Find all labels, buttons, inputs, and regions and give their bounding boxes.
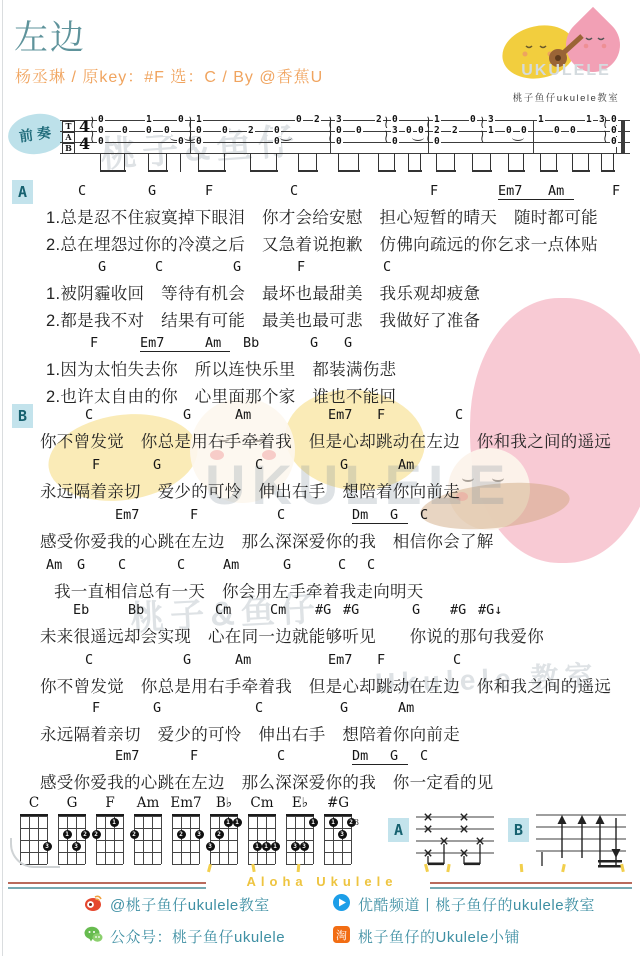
chord-label: Am	[205, 335, 221, 351]
chord-label: G	[412, 602, 420, 618]
chord-diagram-name: Cm	[244, 795, 280, 811]
chord-label: C	[177, 557, 185, 573]
chord-label: F	[92, 700, 100, 716]
finger-dot: 2	[130, 830, 139, 839]
fret-line	[172, 864, 199, 865]
arpeggio-mark: ≀	[426, 126, 431, 147]
tab-note: 0	[569, 126, 577, 136]
tab-note: 0	[335, 137, 343, 147]
fret-line	[210, 816, 237, 817]
lyric-line: 未来很遥远却会实现 心在同一边就能够听见 你说的那句我爱你	[40, 623, 544, 647]
song-subtitle: 杨丞琳 / 原key：#F 选：C / By @香蕉U	[15, 64, 323, 87]
chord-group-underline	[352, 764, 408, 765]
chord-diagram-name: #G	[320, 795, 356, 811]
chord-label: C	[383, 259, 391, 275]
lyric-line: 1.总是忍不住寂寞掉下眼泪 你才会给安慰 担心短暂的晴天 随时都可能	[46, 204, 598, 228]
chord-label: C	[338, 557, 346, 573]
fret-line	[324, 840, 351, 841]
note-beam	[100, 170, 126, 172]
arpeggio-mark: ≀	[384, 126, 389, 147]
fret-line	[324, 816, 351, 817]
chord-diagram: 1123	[210, 816, 237, 864]
finger-dot: 3	[206, 842, 215, 851]
tab-note: 0	[469, 115, 477, 125]
chord-label: G	[390, 507, 398, 523]
chord-label: Bb	[243, 335, 259, 351]
sparkle-mark	[520, 864, 523, 872]
tab-staff-line	[60, 142, 630, 143]
finger-dot: 2	[215, 830, 224, 839]
string-line	[67, 816, 68, 864]
fret-line	[286, 840, 313, 841]
note-beam	[378, 170, 396, 172]
fret-line	[134, 828, 161, 829]
youku-icon	[332, 893, 351, 912]
tab-letter: A	[62, 132, 75, 143]
lyric-line: 你不曾发觉 你总是用右手牵着我 但是心却跳动在左边 你和我之间的遥远	[40, 673, 611, 697]
sparkle-mark	[446, 864, 450, 872]
chord-label: Am	[548, 183, 564, 199]
chord-label: Dm	[352, 748, 368, 764]
fret-line	[58, 852, 85, 853]
fret-line	[210, 840, 237, 841]
string-line	[190, 816, 191, 864]
chord-label: Cm	[270, 602, 286, 618]
song-title: 左边	[14, 10, 86, 59]
lyric-line: 我一直相信总有一天 你会用左手牵着我走向明天	[54, 578, 424, 602]
tab-note: 2	[247, 126, 255, 136]
chord-label: C	[255, 700, 263, 716]
fret-line	[172, 828, 199, 829]
note-stem	[180, 153, 181, 172]
note-beam	[436, 170, 456, 172]
chord-label: C	[420, 507, 428, 523]
chord-label: G	[153, 457, 161, 473]
arpeggio-mark: ≀	[603, 126, 608, 147]
fret-line	[286, 816, 313, 817]
chord-label: F	[190, 748, 198, 764]
string-line	[324, 816, 325, 864]
footer-link-label: 桃子鱼仔的Ukulele小铺	[358, 926, 520, 947]
tab-note: 3	[487, 115, 495, 125]
tab-note: 0	[391, 137, 399, 147]
finger-dot: 2	[92, 830, 101, 839]
tie-mark	[280, 134, 292, 141]
chord-label: G	[98, 259, 106, 275]
chord-label: C	[155, 259, 163, 275]
arpeggio-mark: ≀	[480, 126, 485, 147]
string-line	[199, 816, 200, 864]
rhythm-a-badge: A	[388, 818, 409, 842]
note-beam	[408, 170, 422, 172]
chord-diagram: 2	[134, 816, 161, 864]
tab-staff-line	[60, 153, 630, 154]
fret-line	[96, 840, 123, 841]
chord-label: G	[233, 259, 241, 275]
string-line	[286, 816, 287, 864]
chord-label: G	[153, 700, 161, 716]
note-beam	[198, 170, 226, 172]
fret-line	[20, 816, 47, 817]
fret-line	[134, 840, 161, 841]
rhythm-b-badge: B	[508, 818, 529, 842]
tab-note: 1	[433, 115, 441, 125]
tab-note: 0	[195, 126, 203, 136]
string-line	[105, 816, 106, 864]
chord-label: Em7	[328, 407, 352, 423]
string-line	[248, 816, 249, 864]
chord-label: G	[310, 335, 318, 351]
intro-badge: 前奏	[5, 110, 68, 158]
chord-diagram-name: E♭	[282, 795, 318, 811]
finger-dot: 1	[309, 818, 318, 827]
fret-line	[134, 864, 161, 865]
footer-banner: Aloha Ukulele	[214, 874, 430, 889]
fret-line	[172, 840, 199, 841]
chord-label: Bb	[128, 602, 144, 618]
fret-line	[324, 828, 351, 829]
string-line	[266, 816, 267, 864]
banner-line-right	[430, 882, 632, 889]
tab-note: 0	[295, 115, 303, 125]
banner-line-left	[8, 882, 206, 889]
finger-dot: 2	[177, 830, 186, 839]
tab-letter: B	[62, 143, 75, 154]
finger-dot: 2	[81, 830, 90, 839]
finger-dot: 3	[195, 830, 204, 839]
tab-note: 0	[195, 137, 203, 147]
fret-line	[248, 840, 275, 841]
tab-note: 0	[97, 137, 105, 147]
arpeggio-mark: ≀	[188, 126, 193, 147]
section-badge: B	[12, 404, 33, 428]
chord-group-underline	[352, 523, 408, 524]
time-signature: 4	[79, 119, 90, 135]
lyric-line: 永远隔着亲切 爱少的可怜 伸出右手 想陪着你向前走	[40, 721, 460, 745]
tab-note: 0	[391, 115, 399, 125]
arpeggio-mark: ≀	[90, 126, 95, 147]
chord-label: C	[455, 407, 463, 423]
string-line	[161, 816, 162, 864]
tab-note: 3	[335, 115, 343, 125]
chord-label: F	[90, 335, 98, 351]
tab-note: 0	[553, 126, 561, 136]
tab-note: 1	[145, 115, 153, 125]
chord-diagram: 23	[172, 816, 199, 864]
string-line	[134, 816, 135, 864]
chord-label: Cm	[215, 602, 231, 618]
fret-line	[210, 864, 237, 865]
string-line	[143, 816, 144, 864]
chord-label: Em7	[140, 335, 164, 351]
chord-label: C	[78, 183, 86, 199]
string-line	[152, 816, 153, 864]
fret-line	[210, 828, 237, 829]
chord-label: #G	[343, 602, 359, 618]
tab-end-barline-thick	[621, 120, 625, 154]
note-beam	[572, 170, 590, 172]
tab-note: 0	[221, 126, 229, 136]
string-line	[172, 816, 173, 864]
note-beam	[601, 170, 615, 172]
chord-diagram: 133	[286, 816, 313, 864]
chord-diagram: 123	[58, 816, 85, 864]
fret-line	[134, 852, 161, 853]
fret-line	[58, 864, 85, 865]
fret-line	[324, 864, 351, 865]
fret-line	[210, 852, 237, 853]
section-badge: A	[12, 180, 33, 204]
fret-line	[248, 852, 275, 853]
time-signature: 4	[79, 136, 90, 152]
chord-label: C	[118, 557, 126, 573]
chord-label: Em7	[115, 507, 139, 523]
fret-line	[58, 840, 85, 841]
note-beam	[298, 170, 318, 172]
tab-note: 3	[391, 126, 399, 136]
lyric-line: 你不曾发觉 你总是用右手牵着我 但是心却跳动在左边 你和我之间的遥远	[40, 428, 611, 452]
fret-line	[96, 816, 123, 817]
chord-diagram: 1233	[324, 816, 351, 864]
tab-note: 2	[451, 126, 459, 136]
fret-line	[286, 852, 313, 853]
string-line	[304, 816, 305, 864]
finger-dot: 1	[63, 830, 72, 839]
sparkle-mark	[207, 864, 211, 872]
lyric-line: 2.总在埋怨过你的冷漠之后 又急着说抱歉 仿佛向疏远的你乞求一点体贴	[46, 231, 598, 255]
footer-link-label: 公众号：桃子鱼仔ukulele	[110, 926, 285, 947]
logo-brand-text: UKULELE	[500, 62, 632, 80]
tab-letter: T	[62, 121, 75, 132]
chord-label: F	[377, 407, 385, 423]
weibo-icon	[84, 893, 103, 912]
fret-line	[286, 828, 313, 829]
chord-label: G	[283, 557, 291, 573]
chord-label: #G	[450, 602, 466, 618]
finger-dot: 1	[110, 818, 119, 827]
page-corner-decoration	[10, 838, 60, 868]
chord-diagram-name: F	[92, 795, 128, 811]
fret-line	[58, 828, 85, 829]
chord-diagram: 12	[96, 816, 123, 864]
tab-note: 0	[610, 115, 618, 125]
lyric-line: 1.因为太怕失去你 所以连快乐里 都装满伤悲	[46, 356, 396, 380]
note-beam	[148, 170, 168, 172]
note-beam	[472, 170, 492, 172]
note-beam	[540, 170, 558, 172]
chord-label: G	[344, 335, 352, 351]
chord-label: Em7	[498, 183, 522, 199]
fret-line	[58, 816, 85, 817]
chord-label: #G	[315, 602, 331, 618]
tab-note: 1	[585, 115, 593, 125]
footer-link-label: @桃子鱼仔ukulele教室	[110, 894, 270, 915]
finger-dot: 3	[291, 842, 300, 851]
chord-sheet-page: 桃子&鱼仔UKULELE桃子&鱼仔Ukulele 教室 左边 杨丞琳 / 原ke…	[0, 0, 640, 956]
finger-dot: 1	[329, 818, 338, 827]
string-line	[342, 816, 343, 864]
tab-note: 1	[487, 126, 495, 136]
arpeggio-mark: ≀	[328, 126, 333, 147]
lyric-line: 1.被阴霾收回 等待有机会 最坏也最甜美 我乐观却疲惫	[46, 280, 480, 304]
chord-label: F	[430, 183, 438, 199]
tab-note: 0	[145, 126, 153, 136]
tab-note: 1	[537, 115, 545, 125]
chord-group-underline	[140, 351, 230, 352]
tab-note: 0	[355, 126, 363, 136]
finger-dot: 1	[271, 842, 280, 851]
string-line	[181, 816, 182, 864]
chord-label: Em7	[115, 748, 139, 764]
fret-line	[96, 864, 123, 865]
chord-label: C	[85, 407, 93, 423]
strum-pattern-a-icon	[414, 810, 496, 868]
string-line	[123, 816, 124, 864]
fret-line	[96, 852, 123, 853]
wechat-icon	[84, 925, 103, 944]
chord-label: C	[277, 748, 285, 764]
chord-diagram: 111	[248, 816, 275, 864]
string-line	[257, 816, 258, 864]
chord-group-underline	[498, 199, 574, 200]
lyric-line: 2.也许太自由的你 心里面那个家 谁也不能回	[46, 383, 396, 407]
chord-label: F	[297, 259, 305, 275]
chord-label: C	[453, 652, 461, 668]
chord-label: C	[367, 557, 375, 573]
chord-label: F	[205, 183, 213, 199]
tab-note: 0	[610, 137, 618, 147]
chord-diagram-name: B♭	[206, 795, 242, 811]
chord-label: Am	[223, 557, 239, 573]
tab-note: 0	[97, 126, 105, 136]
chord-diagram-name: Am	[130, 795, 166, 811]
chord-label: Am	[398, 700, 414, 716]
sparkle-mark	[251, 864, 255, 872]
finger-dot: 1	[224, 818, 233, 827]
lyric-line: 感受你爱我的心跳在左边 那么深深爱你的我 你一定看的见	[40, 769, 494, 793]
chord-label: Am	[46, 557, 62, 573]
fret-line	[20, 828, 47, 829]
tab-note: 2	[433, 126, 441, 136]
chord-label: C	[255, 457, 263, 473]
string-line	[295, 816, 296, 864]
chord-label: Em7	[328, 652, 352, 668]
finger-dot: 1	[262, 842, 271, 851]
fret-line	[248, 816, 275, 817]
fret-line	[172, 852, 199, 853]
chord-label: G	[340, 457, 348, 473]
fret-line	[324, 852, 351, 853]
studio-logo: UKULELE 桃子鱼仔ukulele教室	[500, 6, 632, 106]
chord-diagram-name: G	[54, 795, 90, 811]
position-label: 3	[354, 818, 359, 827]
fret-line	[248, 828, 275, 829]
finger-dot: 3	[338, 830, 347, 839]
chord-diagram-name: C	[16, 795, 52, 811]
chord-label: G	[77, 557, 85, 573]
string-line	[275, 816, 276, 864]
tab-note: 0	[97, 115, 105, 125]
fret-line	[96, 828, 123, 829]
tab-note: 0	[417, 126, 425, 136]
tab-note: 2	[313, 115, 321, 125]
chord-label: Eb	[73, 602, 89, 618]
logo-caption: 桃子鱼仔ukulele教室	[494, 90, 638, 104]
chord-label: G	[148, 183, 156, 199]
taobao-icon: 淘	[332, 925, 351, 944]
finger-dot: 1	[253, 842, 262, 851]
chord-label: Am	[235, 652, 251, 668]
string-line	[219, 816, 220, 864]
chord-diagram-name: Em7	[168, 795, 204, 811]
fret-line	[134, 816, 161, 817]
string-line	[96, 816, 97, 864]
chord-label: Dm	[352, 507, 368, 523]
chord-label: F	[377, 652, 385, 668]
chord-label: #G↓	[478, 602, 502, 618]
lyric-line: 2.都是我不对 结果有可能 最美也最可悲 我做好了准备	[46, 307, 480, 331]
strum-pattern-b-icon	[534, 808, 628, 870]
sparkle-mark	[297, 864, 300, 872]
tab-note: 0	[610, 126, 618, 136]
svg-text:淘: 淘	[336, 929, 347, 942]
finger-dot: 3	[300, 842, 309, 851]
tab-note: 0	[177, 115, 185, 125]
chord-label: G	[390, 748, 398, 764]
chord-label: F	[190, 507, 198, 523]
note-beam	[338, 170, 360, 172]
chord-label: C	[277, 507, 285, 523]
finger-dot: 1	[233, 818, 242, 827]
chord-label: Am	[398, 457, 414, 473]
tab-note: 0	[121, 126, 129, 136]
chord-label: G	[183, 652, 191, 668]
note-beam	[250, 170, 278, 172]
chord-label: G	[340, 700, 348, 716]
chord-label: G	[183, 407, 191, 423]
string-line	[210, 816, 211, 864]
finger-dot: 3	[72, 842, 81, 851]
tab-note: 0	[433, 137, 441, 147]
page-left-border	[2, 0, 3, 956]
footer-link-label: 优酷频道丨桃子鱼仔的ukulele教室	[358, 894, 595, 915]
lyric-line: 感受你爱我的心跳在左边 那么深深爱你的我 相信你会了解	[40, 528, 494, 552]
tab-note: 1	[195, 115, 203, 125]
fret-line	[172, 816, 199, 817]
chord-label: Am	[235, 407, 251, 423]
tab-note: 2	[375, 115, 383, 125]
string-line	[85, 816, 86, 864]
lyric-line: 永远隔着亲切 爱少的可怜 伸出右手 想陪着你向前走	[40, 478, 460, 502]
string-line	[76, 816, 77, 864]
chord-label: C	[85, 652, 93, 668]
chord-label: C	[420, 748, 428, 764]
chord-label: C	[290, 183, 298, 199]
note-beam	[508, 170, 525, 172]
chord-label: F	[612, 183, 620, 199]
tab-note: 0	[520, 126, 528, 136]
tab-note: 0	[335, 126, 343, 136]
chord-label: F	[92, 457, 100, 473]
tab-barline	[533, 120, 534, 154]
